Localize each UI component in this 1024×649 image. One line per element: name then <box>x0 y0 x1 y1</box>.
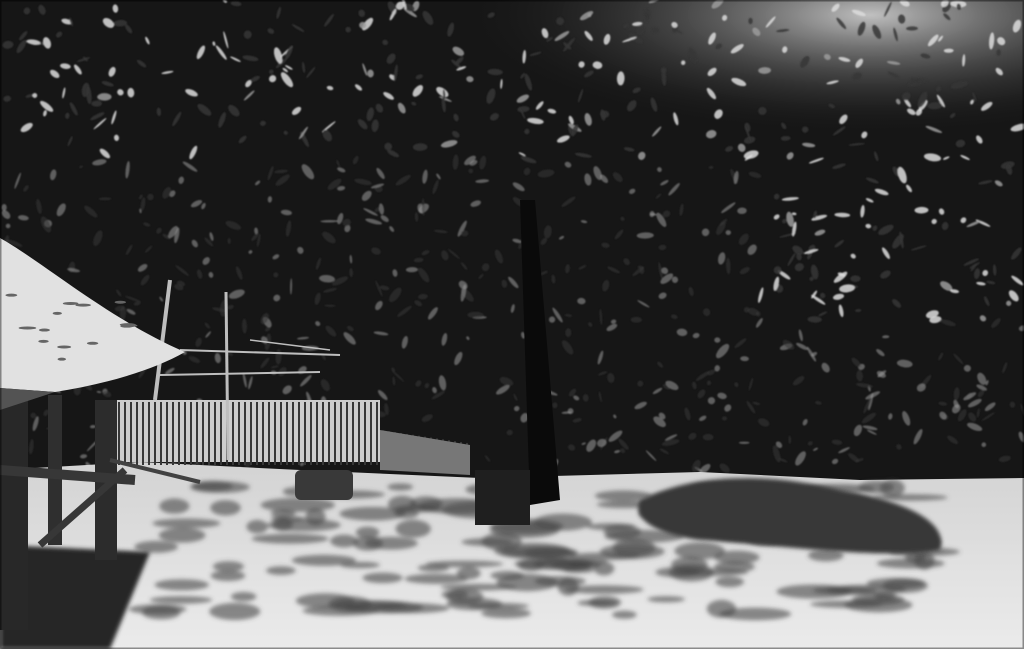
crate <box>475 470 530 525</box>
sky-glow <box>0 0 1024 300</box>
basket <box>295 470 353 500</box>
photograph <box>0 0 1024 649</box>
scene <box>0 0 1024 649</box>
